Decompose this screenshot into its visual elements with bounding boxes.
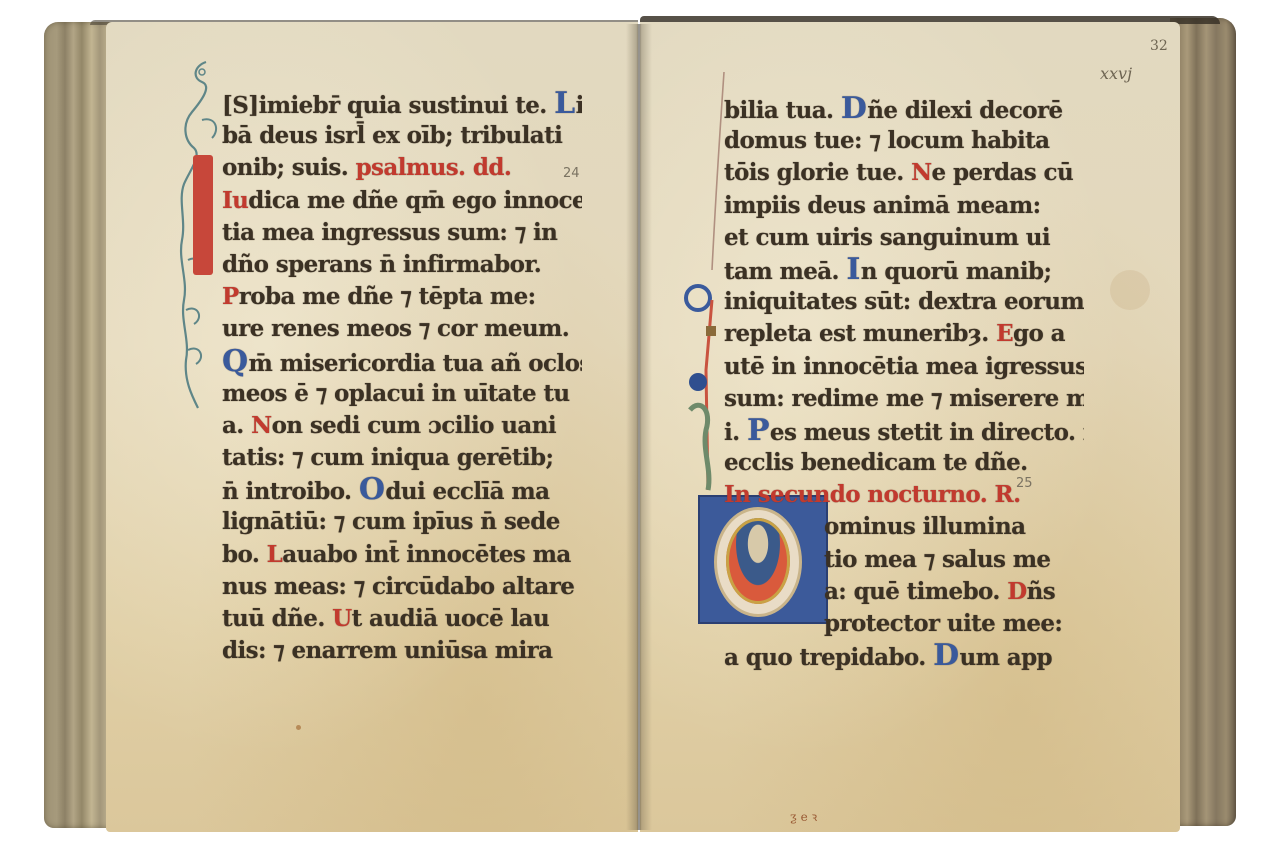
text-line: dis: ⁊ enarrem uniūsa mira — [222, 635, 582, 667]
text-segment: [S] — [222, 92, 259, 119]
text-line: tuū dñe. Ut audiā uocē lau — [222, 603, 582, 635]
red-rubric: psalmus. dd. — [356, 154, 512, 181]
red-rubric: L — [267, 541, 283, 568]
text-segment: auabo int̄ innocētes ma — [282, 541, 570, 568]
text-segment: i — [576, 92, 582, 119]
text-segment: utē in innocētia mea igressus — [724, 353, 1084, 380]
text-line: tatis: ⁊ cum iniqua gerētib; — [222, 442, 582, 474]
text-segment: iniquitates sūt: dextra eorum — [724, 288, 1084, 315]
blue-rubric: D — [933, 640, 958, 672]
text-segment: n̄ introibo. — [222, 478, 359, 505]
text-line: a: quē timebo. Dñs — [724, 576, 1084, 608]
red-rubric: N — [251, 412, 271, 439]
text-line: lignātiū: ⁊ cum ipīus n̄ sede — [222, 506, 582, 538]
left-fore-edge — [44, 22, 114, 828]
red-rubric: U — [332, 605, 351, 632]
text-line: et cum uiris sanguinum ui — [724, 222, 1084, 254]
blue-rubric: D — [841, 93, 866, 125]
text-segment: i. — [724, 419, 747, 446]
blue-rubric: O — [359, 474, 385, 506]
margin-note: xxvj — [1100, 64, 1132, 83]
text-segment: domus tue: ⁊ locum habita — [724, 127, 1049, 154]
text-segment: ominus illumina — [824, 513, 1025, 540]
text-line: tia mea ingressus sum: ⁊ in — [222, 217, 582, 249]
text-segment: dis: ⁊ enarrem uniūsa mira — [222, 637, 552, 664]
text-segment: tio mea ⁊ salus me — [824, 546, 1050, 573]
red-rubric: N — [911, 159, 931, 186]
text-segment: on sedi cum ɔcilio uani — [272, 412, 556, 439]
text-segment: a: quē timebo. — [824, 578, 1007, 605]
text-line: n̄ introibo. Odui ecclīā ma — [222, 474, 582, 506]
blue-rubric: L — [554, 88, 575, 120]
text-line: bā deus isrl̄ ex oīb; tribulati — [222, 120, 582, 152]
right-text-block: bilia tua. Dñe dilexi decorēdomus tue: ⁊… — [724, 93, 1084, 672]
text-segment: a. — [222, 412, 251, 439]
foxing-stain — [1110, 270, 1150, 310]
ink-spot — [296, 725, 301, 730]
text-segment: imiebr̄ quia sustinui te. — [259, 92, 555, 119]
text-line: nus meas: ⁊ circūdabo altare — [222, 571, 582, 603]
red-rubric: In secundo nocturno. R. — [724, 481, 1020, 508]
text-line: ominus illumina — [724, 511, 1084, 543]
marginal-number-left: 24 — [563, 166, 580, 181]
red-rubric: E — [996, 320, 1013, 347]
text-line: bo. Lauabo int̄ innocētes ma — [222, 539, 582, 571]
text-line: Qm̄ misericordia tua añ oclos — [222, 346, 582, 378]
text-segment: e perdas cū — [932, 159, 1074, 186]
text-line: Iudica me dñe qm̄ ego innoce — [222, 185, 582, 217]
text-segment: nus meas: ⁊ circūdabo altare — [222, 573, 574, 600]
text-segment: sum: redime me ⁊ miserere me — [724, 385, 1084, 412]
text-segment: bā deus isrl̄ ex oīb; tribulati — [222, 122, 562, 149]
red-rubric: Iu — [222, 187, 248, 214]
blue-rubric: Q — [222, 346, 248, 378]
text-segment: repleta est muneribȝ. — [724, 320, 996, 347]
blue-rubric: I — [846, 254, 859, 286]
text-segment: tam meā. — [724, 258, 846, 285]
text-line: ecclis benedicam te dñe. — [724, 447, 1084, 479]
text-line: i. Pes meus stetit in directo. in — [724, 415, 1084, 447]
gutter — [626, 24, 652, 830]
text-segment: bo. — [222, 541, 267, 568]
text-line: meos ē ⁊ oplacui in uītate tu — [222, 378, 582, 410]
red-rubric: P — [222, 283, 239, 310]
text-line: repleta est muneribȝ. Ego a — [724, 318, 1084, 350]
text-line: Proba me dñe ⁊ tēpta me: — [222, 281, 582, 313]
blue-rubric: P — [747, 415, 769, 447]
text-line: protector uite mee: — [724, 608, 1084, 640]
text-segment: t audiā uocē lau — [352, 605, 549, 632]
text-segment: onib; suis. — [222, 154, 356, 181]
text-line: domus tue: ⁊ locum habita — [724, 125, 1084, 157]
text-segment: a quo trepidabo. — [724, 644, 933, 671]
text-line: bilia tua. Dñe dilexi decorē — [724, 93, 1084, 125]
text-segment: bilia tua. — [724, 97, 841, 124]
text-segment: n quorū manib; — [861, 258, 1052, 285]
text-segment: roba me dñe ⁊ tēpta me: — [239, 283, 536, 310]
text-segment: ecclis benedicam te dñe. — [724, 449, 1028, 476]
text-segment: tōis glorie tue. — [724, 159, 911, 186]
text-line: [S]imiebr̄ quia sustinui te. Li — [222, 88, 582, 120]
text-line: tam meā. In quorū manib; — [724, 254, 1084, 286]
red-rubric: D — [1007, 578, 1026, 605]
text-segment: dui ecclīā ma — [385, 478, 549, 505]
text-line: utē in innocētia mea igressus — [724, 351, 1084, 383]
red-initial-I — [193, 155, 213, 275]
text-segment: es meus stetit in directo. in — [770, 419, 1084, 446]
text-line: onib; suis. psalmus. dd. — [222, 152, 582, 184]
text-segment: dica me dñe qm̄ ego innoce — [248, 187, 582, 214]
manuscript-book: [S]imiebr̄ quia sustinui te. Libā deus i… — [0, 0, 1280, 860]
text-segment: tia mea ingressus sum: ⁊ in — [222, 219, 557, 246]
text-segment: impiis deus animā meam: — [724, 192, 1041, 219]
catchword: ƺ e ꝛ — [790, 808, 817, 825]
text-segment: m̄ misericordia tua añ oclos — [249, 350, 582, 377]
text-line: tio mea ⁊ salus me — [724, 544, 1084, 576]
text-segment: et cum uiris sanguinum ui — [724, 224, 1050, 251]
marginal-number-right: 25 — [1016, 476, 1033, 491]
text-segment: dño sperans n̄ infirmabor. — [222, 251, 541, 278]
text-segment: ñs — [1027, 578, 1055, 605]
text-line: a quo trepidabo. Dum app — [724, 640, 1084, 672]
text-segment: um app — [960, 644, 1053, 671]
text-segment: ñe dilexi decorē — [867, 97, 1062, 124]
text-segment: tatis: ⁊ cum iniqua gerētib; — [222, 444, 553, 471]
text-segment: meos ē ⁊ oplacui in uītate tu — [222, 380, 570, 407]
text-segment: ure renes meos ⁊ cor meum. — [222, 315, 569, 342]
text-segment: lignātiū: ⁊ cum ipīus n̄ sede — [222, 508, 560, 535]
text-line: iniquitates sūt: dextra eorum — [724, 286, 1084, 318]
text-line: impiis deus animā meam: — [724, 190, 1084, 222]
text-line: a. Non sedi cum ɔcilio uani — [222, 410, 582, 442]
text-line: sum: redime me ⁊ miserere me — [724, 383, 1084, 415]
text-line: ure renes meos ⁊ cor meum. — [222, 313, 582, 345]
folio-number: 32 — [1150, 38, 1168, 54]
left-text-block: [S]imiebr̄ quia sustinui te. Libā deus i… — [222, 88, 582, 667]
text-line: tōis glorie tue. Ne perdas cū — [724, 157, 1084, 189]
text-segment: go a — [1013, 320, 1065, 347]
text-segment: tuū dñe. — [222, 605, 332, 632]
text-line: dño sperans n̄ infirmabor. — [222, 249, 582, 281]
text-segment: protector uite mee: — [824, 610, 1062, 637]
